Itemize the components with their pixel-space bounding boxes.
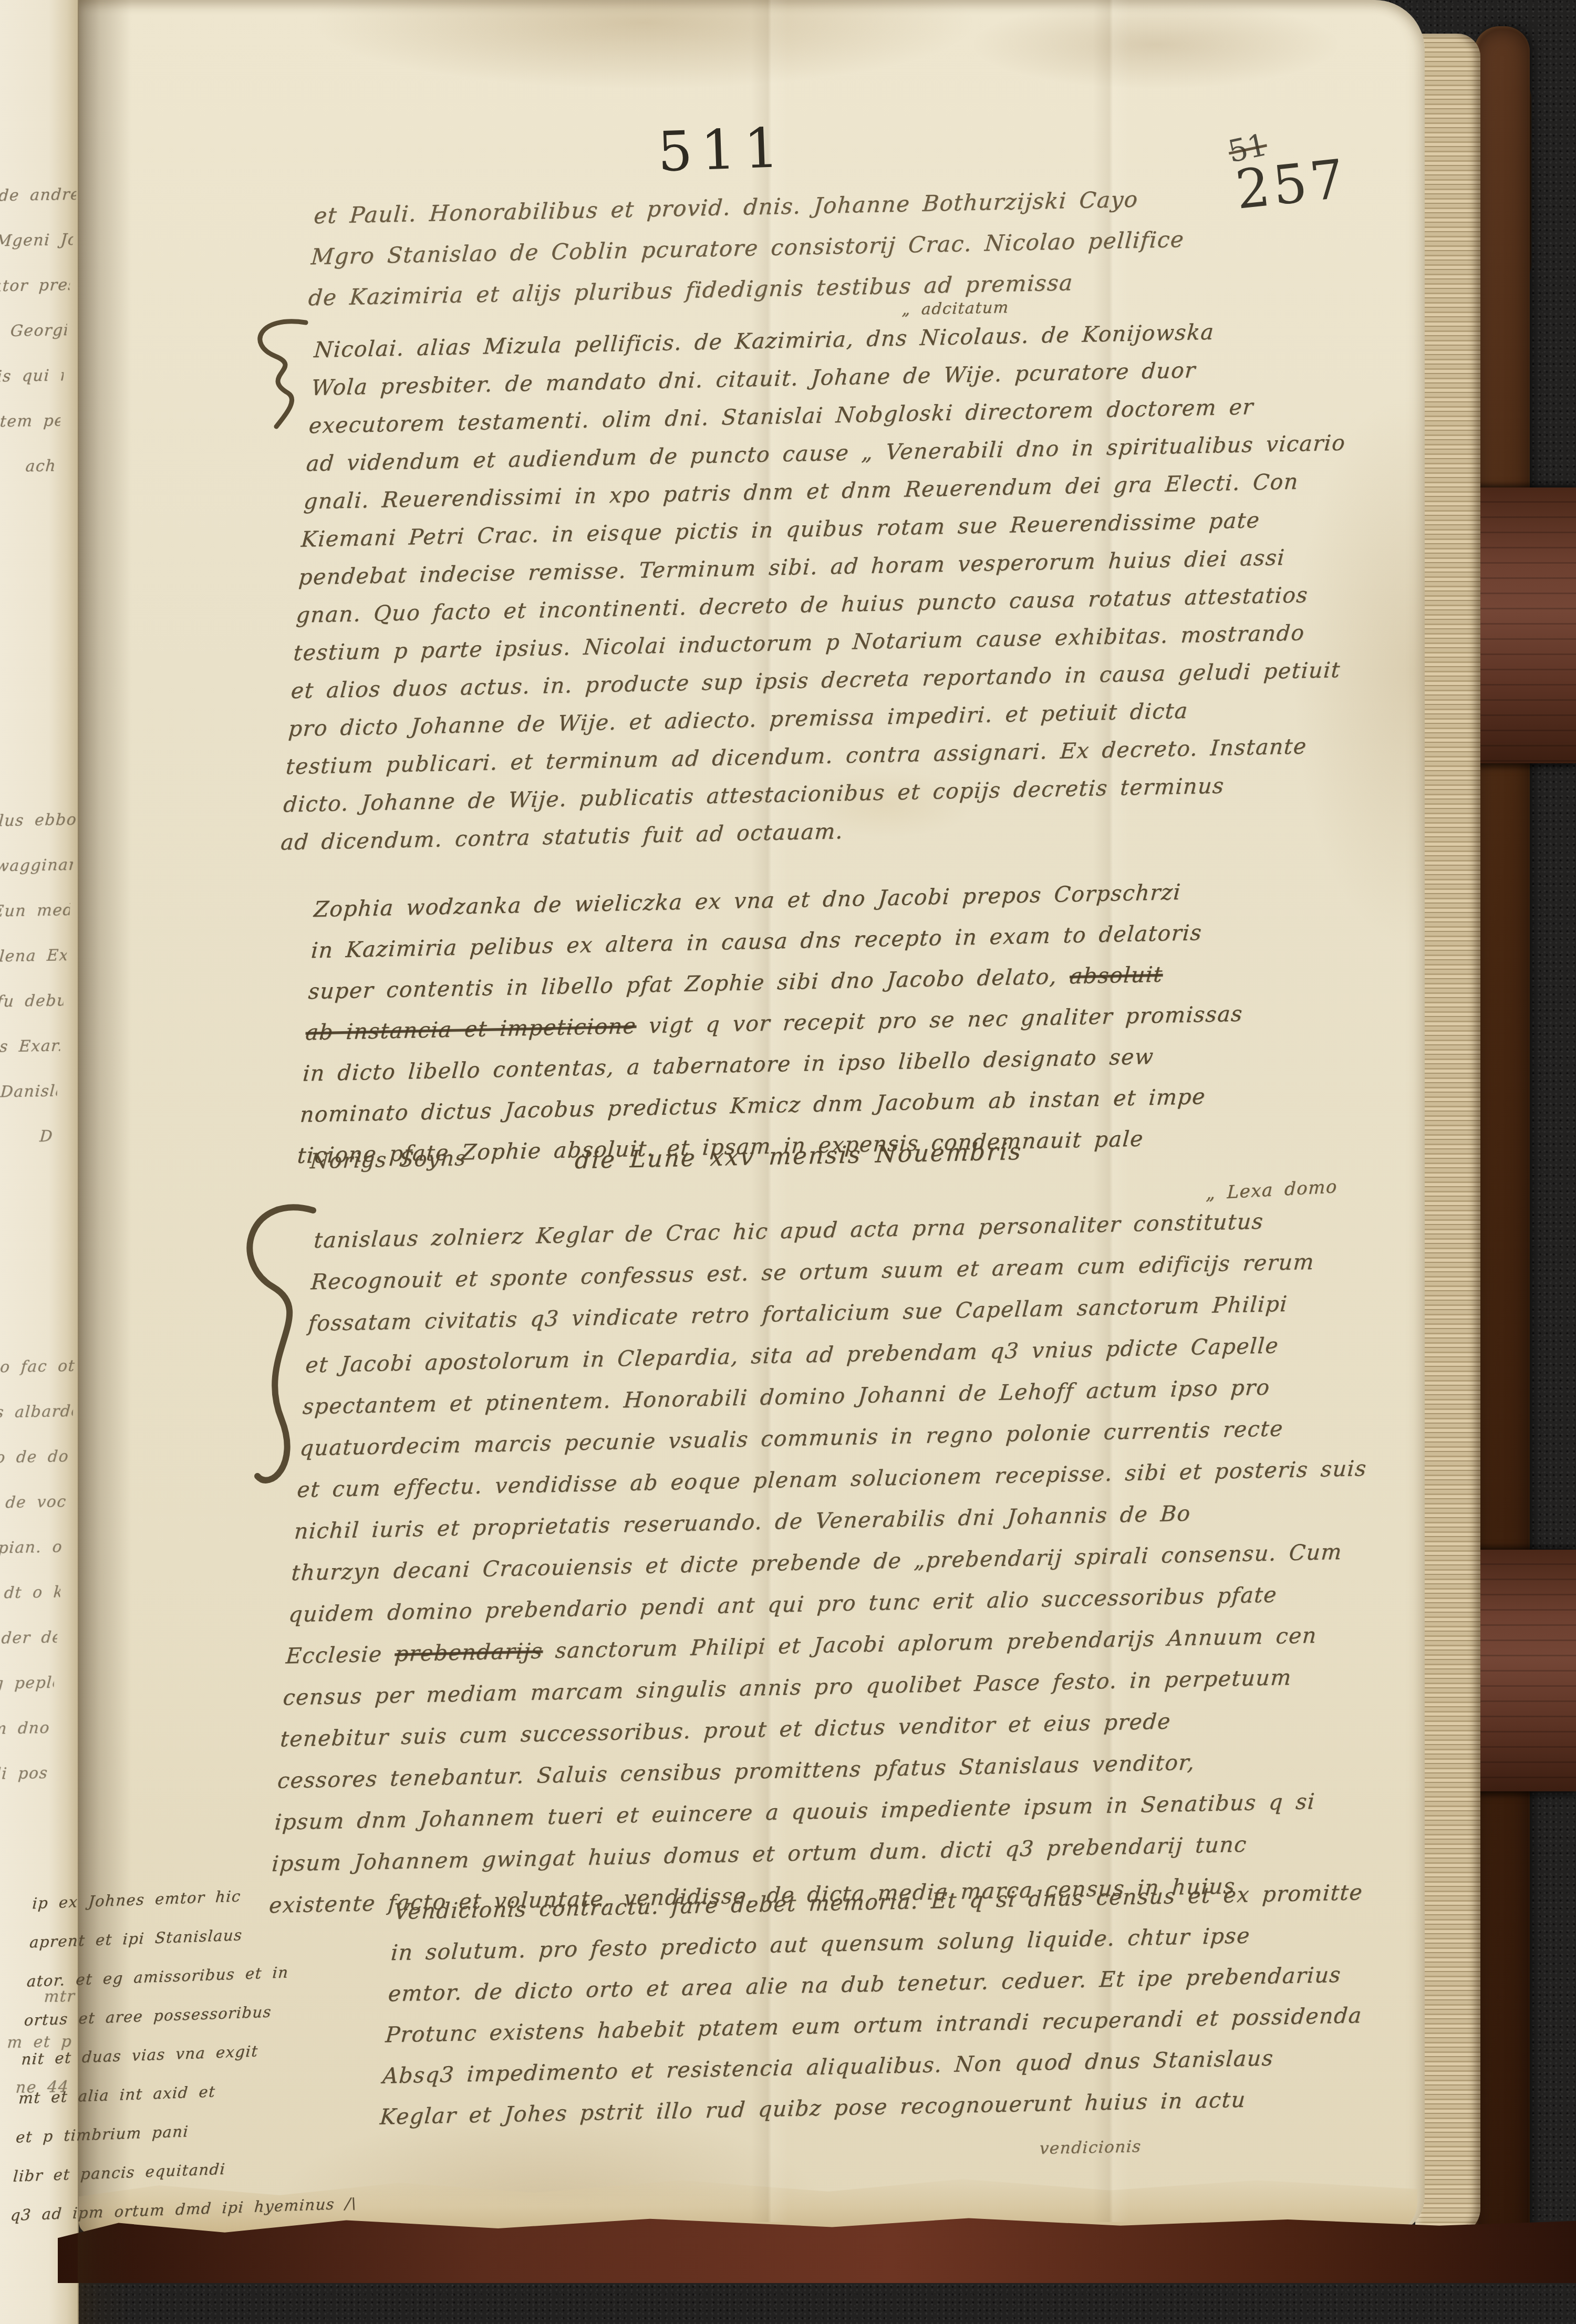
entry-sale: tanislaus zolnierz Keglar de Crac hic ap… (267, 1198, 1385, 1926)
text-line: Eun medinue (0, 888, 71, 935)
leather-strap-upper (1476, 487, 1576, 763)
text-line: wagginanon (0, 843, 75, 889)
folio-number-modern: 511 (657, 116, 789, 184)
text-line: D (0, 1114, 56, 1160)
entry-witness-clause: et Pauli. Honorabilibus et provid. dnis.… (307, 178, 1188, 319)
struck-text: absoluit (1069, 962, 1164, 989)
text-line: o de do (0, 1434, 71, 1481)
text-line: um dno (0, 1705, 53, 1752)
signature-left: Norigs Soyns (309, 1146, 467, 1174)
text-line: de andreas (0, 172, 78, 219)
struck-text: ab instancia et impeticione (305, 1013, 637, 1045)
text-line: l de vocp (0, 1479, 68, 1526)
text-line: alena Exan (0, 933, 68, 980)
text-line: Mgeni Joha (0, 217, 75, 264)
text-line: o Danislao. f (0, 1068, 59, 1115)
margin-notes: ip ex Johnes emtor hicaprent et ipi Stan… (9, 1867, 506, 2235)
facing-page-text-fragments: lus ebboran fwagginanonEun medinuealena … (0, 797, 78, 1160)
entry-sale-continuation: Vendicionis contractu. fare debet memori… (378, 1872, 1372, 2138)
leather-cover-edge (1474, 26, 1530, 2268)
text-line: 5 dt o kvp (0, 1570, 62, 1616)
text-line: apian. o (0, 1524, 65, 1571)
text-line: uis qui noran (0, 353, 65, 400)
text-line: p Georgin (0, 308, 68, 355)
text-line: quder de (0, 1615, 59, 1662)
text-line: ach (0, 443, 59, 490)
struck-text: prebendarijs (394, 1638, 544, 1666)
interlinear-insertion: „ adcitatum (901, 298, 1010, 319)
text-line: lus ebboran f (0, 797, 78, 844)
facing-page-text-fragments: de andreasMgeni Johaktor presstesp Georg… (0, 172, 78, 535)
text-line: ufu debui. et (0, 978, 65, 1025)
facing-page-text-fragments: o fac ots albardoo de dol de vocpapian. … (0, 1343, 78, 1797)
text-line: lug pepler (0, 1660, 56, 1707)
text-line: uis Exar. fer (0, 1023, 62, 1070)
text-line: s albardo (0, 1389, 75, 1436)
text-line (0, 489, 56, 535)
page-block-edge (1415, 34, 1480, 2235)
leather-strap-lower (1476, 1550, 1576, 1791)
text-line: ktor presstes (0, 263, 71, 309)
entry-citation: Nicolai. alias Mizula pellificis. de Kaz… (279, 310, 1365, 862)
folio-number-old: 257 (1232, 148, 1350, 222)
text-line: a di pos (0, 1750, 49, 1797)
text-line: rstem petitor (0, 398, 62, 445)
entry-zophia-case: Zophia wodzanka de wieliczka ex vna et d… (296, 870, 1252, 1176)
manuscript-photo: { "meta": { "description": "Photograph o… (0, 0, 1576, 2324)
text-line: o fac ot (0, 1343, 78, 1390)
entry-sale-tail: vendicionis (1039, 2137, 1142, 2158)
